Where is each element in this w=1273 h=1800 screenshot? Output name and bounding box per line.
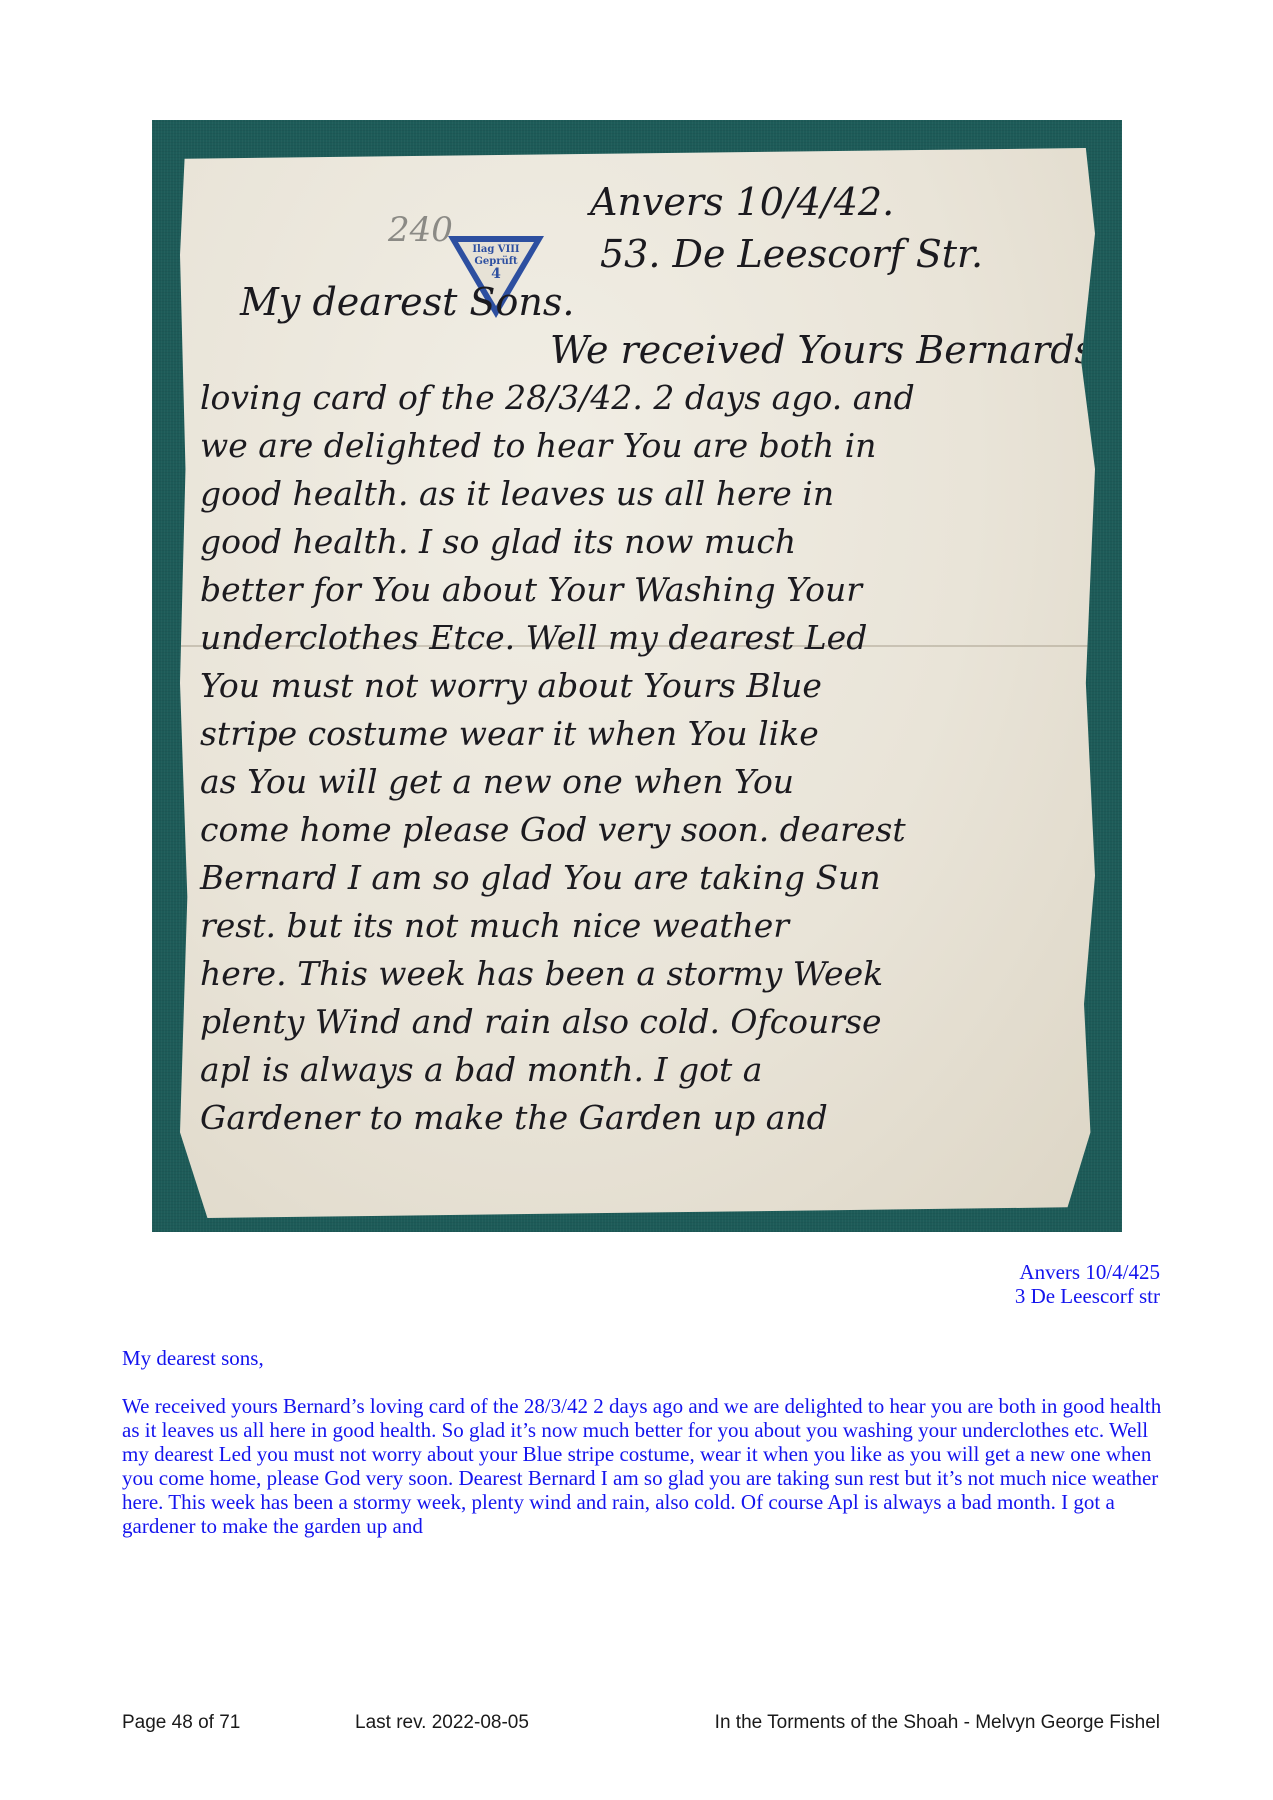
transcription-address: Anvers 10/4/425 3 De Leescorf str — [1015, 1260, 1160, 1308]
document-title: In the Torments of the Shoah - Melvyn Ge… — [715, 1712, 1160, 1734]
handwritten-line: Gardener to make the Garden up and — [200, 1094, 828, 1142]
handwritten-line: stripe costume wear it when You like — [200, 710, 819, 758]
letter-photograph: 240 Ilag VIII Geprüft 4 Anvers 10/4/42. … — [152, 120, 1122, 1232]
handwritten-line: apl is always a bad month. I got a — [200, 1046, 762, 1094]
address-line: Anvers 10/4/425 — [1015, 1260, 1160, 1284]
letter-sheet: 240 Ilag VIII Geprüft 4 Anvers 10/4/42. … — [180, 148, 1095, 1218]
handwritten-line: Anvers 10/4/42. — [590, 178, 894, 226]
censor-stamp-text: Ilag VIII Geprüft 4 — [462, 244, 530, 280]
handwritten-line: plenty Wind and rain also cold. Ofcourse — [200, 998, 882, 1046]
handwritten-line: underclothes Etce. Well my dearest Led — [200, 614, 867, 662]
page-number: Page 48 of 71 — [122, 1712, 240, 1734]
revision-date: Last rev. 2022-08-05 — [355, 1712, 529, 1734]
handwritten-line: loving card of the 28/3/42. 2 days ago. … — [200, 374, 915, 422]
pencil-note: 240 — [388, 210, 453, 250]
handwritten-line: as You will get a new one when You — [200, 758, 794, 806]
handwritten-line: come home please God very soon. dearest — [200, 806, 906, 854]
transcription-body: We received yours Bernard’s loving card … — [122, 1394, 1162, 1538]
handwritten-line: 53. De Leescorf Str. — [600, 230, 983, 278]
handwritten-line: You must not worry about Yours Blue — [200, 662, 822, 710]
handwritten-line: good health. as it leaves us all here in — [200, 470, 834, 518]
stamp-line: Ilag VIII — [462, 244, 530, 256]
handwritten-line: here. This week has been a stormy Week — [200, 950, 883, 998]
handwritten-line: Bernard I am so glad You are taking Sun — [200, 854, 881, 902]
handwritten-line: we are delighted to hear You are both in — [200, 422, 876, 470]
handwritten-line: We received Yours Bernards — [550, 326, 1094, 374]
address-line: 3 De Leescorf str — [1015, 1284, 1160, 1308]
handwritten-line: good health. I so glad its now much — [200, 518, 796, 566]
transcription-salutation: My dearest sons, — [122, 1346, 1162, 1370]
handwritten-line: rest. but its not much nice weather — [200, 902, 789, 950]
handwritten-line: better for You about Your Washing Your — [200, 566, 862, 614]
handwritten-line: My dearest Sons. — [240, 278, 574, 326]
